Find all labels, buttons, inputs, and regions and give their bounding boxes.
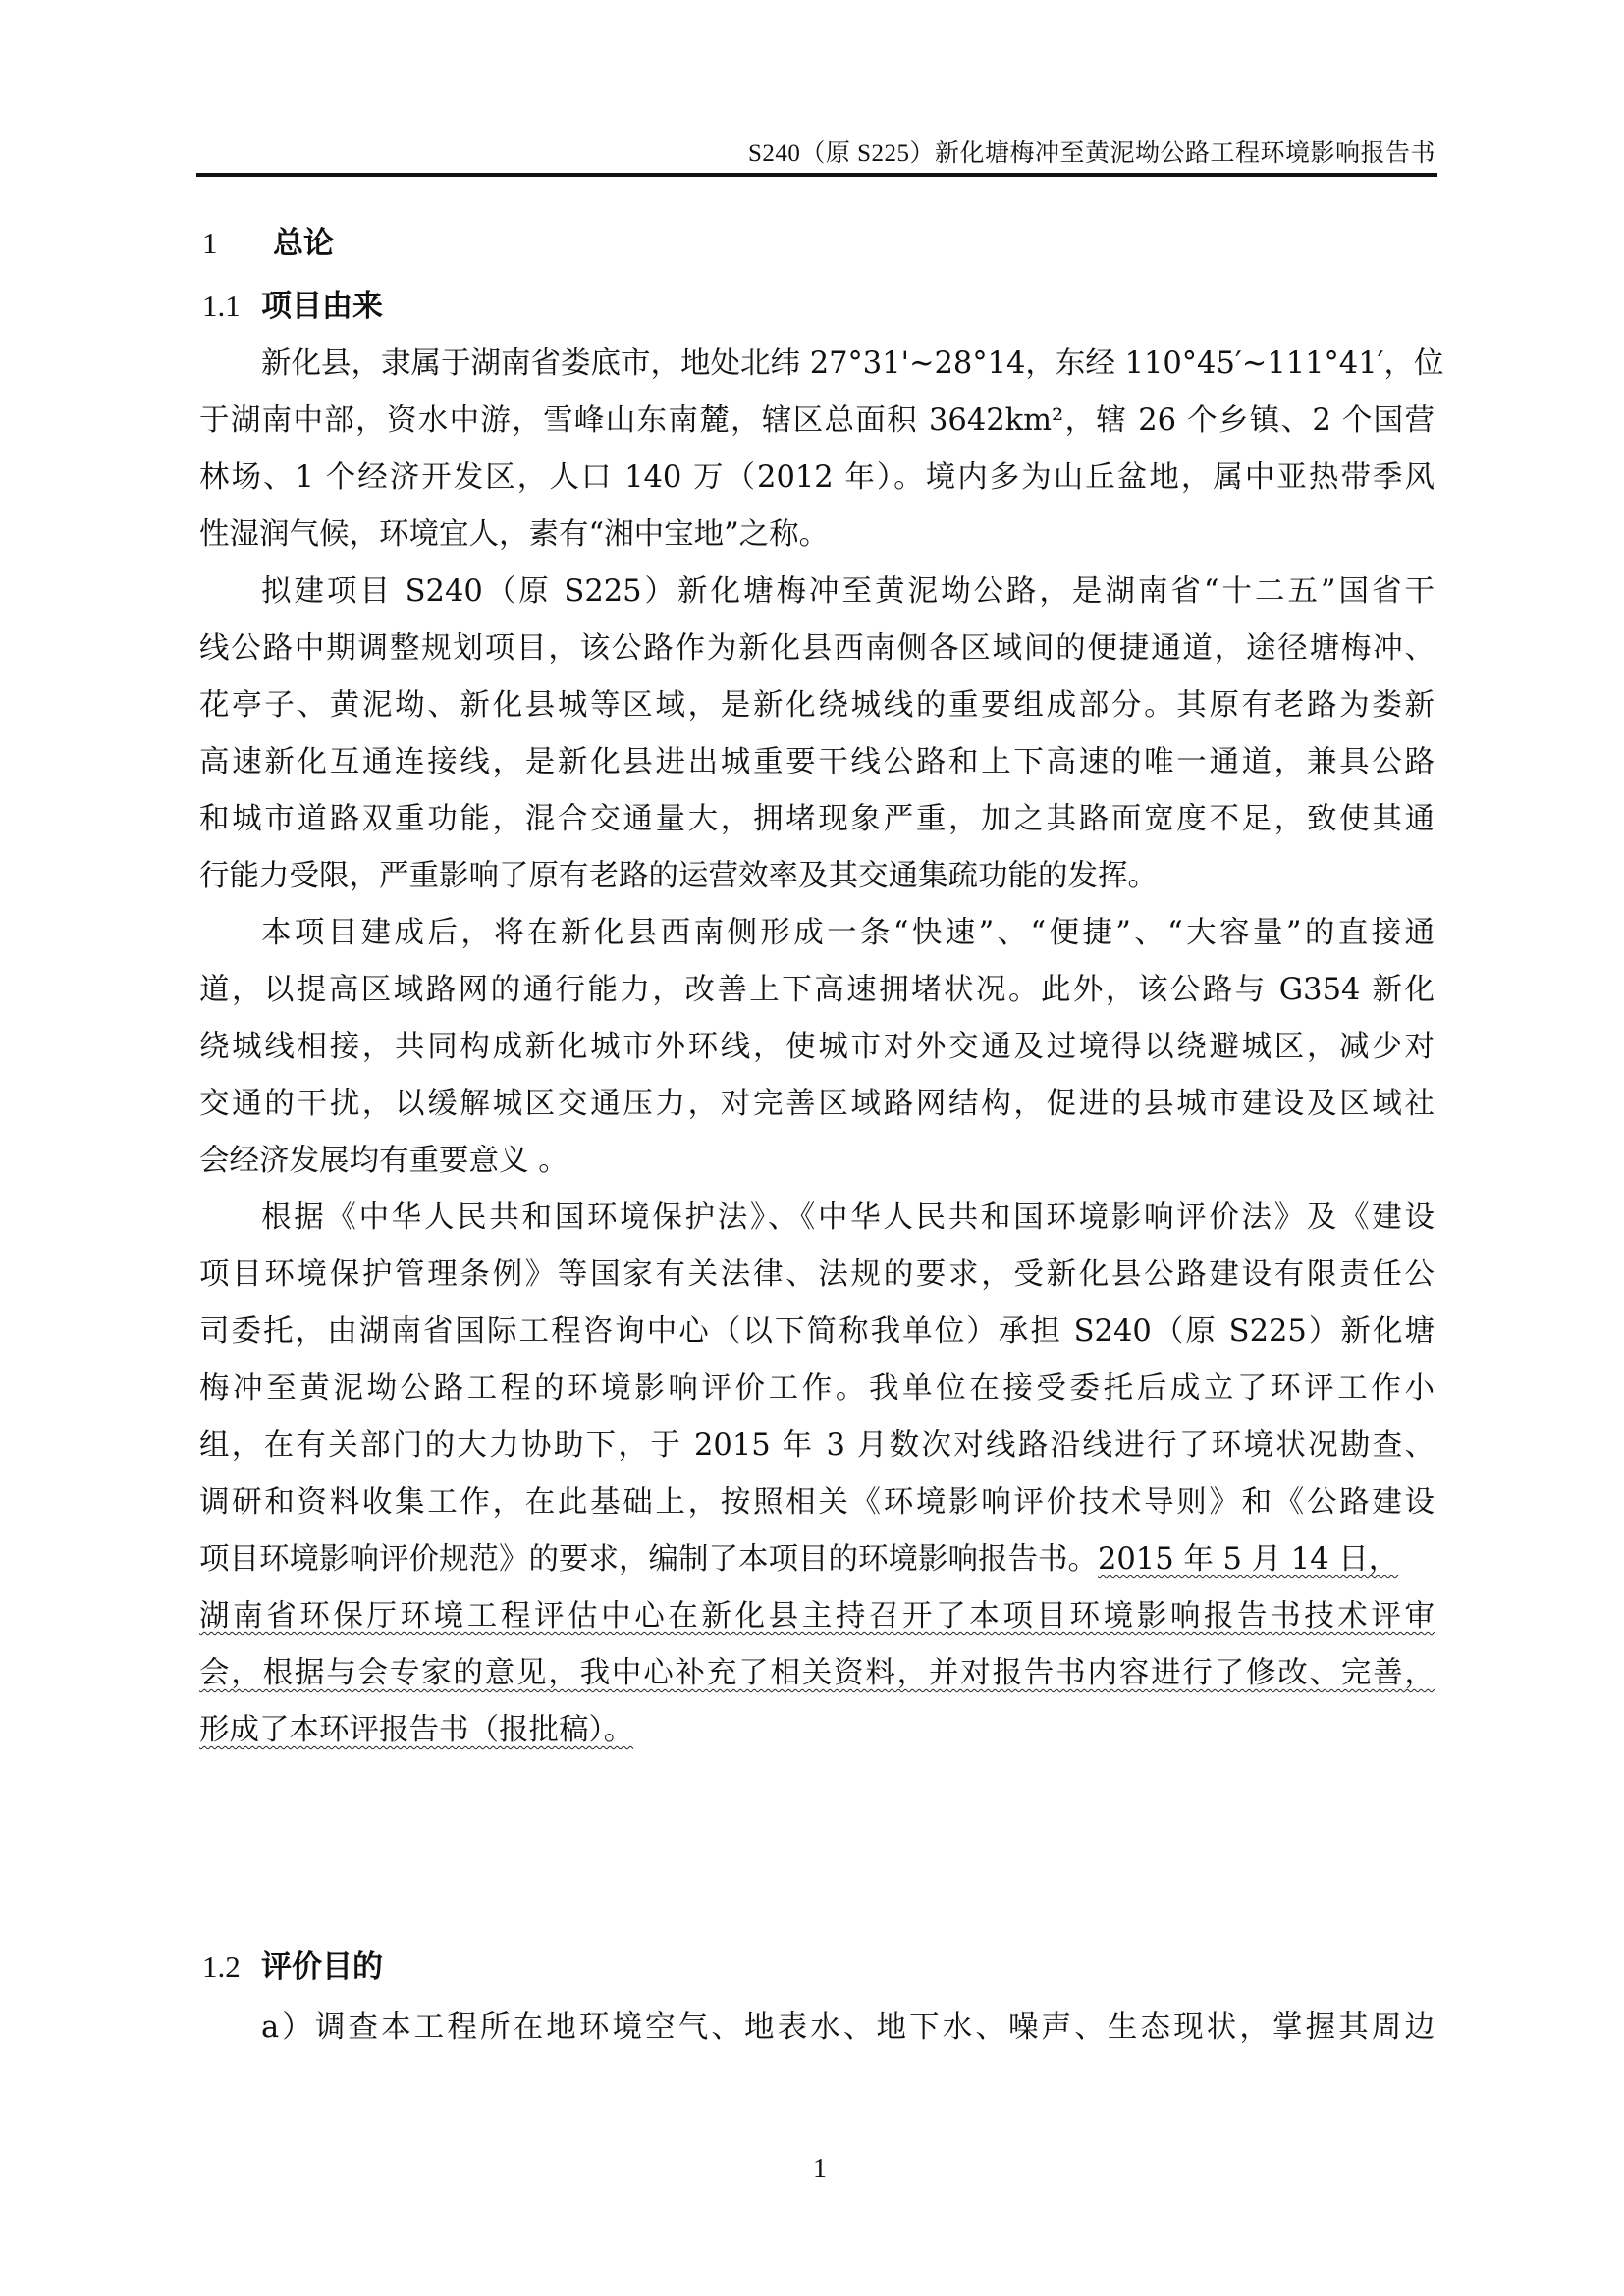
revision-underlined-text: 湖南省环保厅环境工程评估中心在新化县主持召开了本项目环境影响报告书技术评审: [199, 1599, 1435, 1633]
paragraph-line: 交通的干扰，以缓解城区交通压力，对完善区域路网结构，促进的县城市建设及区域社: [199, 1083, 1435, 1126]
paragraph-line: 道，以提高区域路网的通行能力，改善上下高速拥堵状况。此外，该公路与 G354 新…: [199, 969, 1435, 1012]
paragraph-line: 会经济发展均有重要意义 。: [199, 1140, 1435, 1183]
section-number: 1.2: [202, 1949, 261, 1985]
page-number: 1: [813, 2154, 827, 2185]
section-title: 项目由来: [261, 289, 383, 324]
section-number: 1.1: [202, 289, 261, 324]
section-heading-1-1: 1.1项目由来: [202, 281, 383, 325]
revision-underlined-text: 形成了本环评报告书（报批稿）。: [199, 1713, 633, 1747]
section-title: 评价目的: [261, 1949, 383, 1985]
paragraph-line: 根据《中华人民共和国环境保护法》、《中华人民共和国环境影响评价法》及《建设: [261, 1197, 1435, 1240]
paragraph-line: 司委托，由湖南省国际工程咨询中心（以下简称我单位）承担 S240（原 S225）…: [199, 1310, 1435, 1354]
paragraph-line: 花亭子、黄泥坳、新化县城等区域，是新化绕城线的重要组成部分。其原有老路为娄新: [199, 684, 1435, 727]
paragraph-line: 性湿润气候，环境宜人，素有“湘中宝地”之称。: [199, 513, 1435, 557]
paragraph-line: 于湖南中部，资水中游，雪峰山东南麓，辖区总面积 3642km²，辖 26 个乡镇…: [199, 400, 1435, 443]
paragraph-line: 高速新化互通连接线，是新化县进出城重要干线公路和上下高速的唯一通道，兼具公路: [199, 741, 1435, 784]
paragraph-line: 项目环境影响评价规范》的要求，编制了本项目的环境影响报告书。2015 年 5 月…: [199, 1538, 1435, 1581]
paragraph-line: 组，在有关部门的大力协助下，于 2015 年 3 月数次对线路沿线进行了环境状况…: [199, 1424, 1435, 1468]
revision-underlined-text: 会，根据与会专家的意见，我中心补充了相关资料，并对报告书内容进行了修改、完善，: [199, 1656, 1435, 1690]
paragraph-line: 项目环境保护管理条例》等国家有关法律、法规的要求，受新化县公路建设有限责任公: [199, 1254, 1435, 1297]
paragraph-line: 新化县，隶属于湖南省娄底市，地处北纬 27°31'~28°14，东经 110°4…: [261, 343, 1435, 386]
running-header: S240（原 S225）新化塘梅冲至黄泥坳公路工程环境影响报告书: [748, 133, 1435, 169]
revision-underlined-text: 2015 年 5 月 14 日，: [1098, 1542, 1398, 1576]
chapter-heading: 1总论: [202, 218, 334, 262]
paragraph-line: 和城市道路双重功能，混合交通量大，拥堵现象严重，加之其路面宽度不足，致使其通: [199, 798, 1435, 841]
paragraph-line: 线公路中期调整规划项目，该公路作为新化县西南侧各区域间的便捷通道，途径塘梅冲、: [199, 627, 1435, 670]
section-heading-1-2: 1.2评价目的: [202, 1942, 383, 1986]
paragraph-line: 绕城线相接，共同构成新化城市外环线，使城市对外交通及过境得以绕避城区，减少对: [199, 1026, 1435, 1069]
chapter-number: 1: [202, 226, 273, 261]
paragraph-text: 项目环境影响评价规范》的要求，编制了本项目的环境影响报告书。: [199, 1542, 1098, 1576]
list-item-a: a）调查本工程所在地环境空气、地表水、地下水、噪声、生态现状，掌握其周边: [261, 2006, 1435, 2050]
paragraph-line: 本项目建成后，将在新化县西南侧形成一条“快速”、“便捷”、“大容量”的直接通: [261, 912, 1435, 955]
paragraph-line: 湖南省环保厅环境工程评估中心在新化县主持召开了本项目环境影响报告书技术评审: [199, 1595, 1435, 1638]
paragraph-line: 梅冲至黄泥坳公路工程的环境影响评价工作。我单位在接受委托后成立了环评工作小: [199, 1367, 1435, 1411]
paragraph-line: 调研和资料收集工作，在此基础上，按照相关《环境影响评价技术导则》和《公路建设: [199, 1481, 1435, 1524]
chapter-title: 总论: [273, 226, 334, 261]
header-rule: [196, 173, 1437, 177]
paragraph-line: 林场、1 个经济开发区，人口 140 万（2012 年）。境内多为山丘盆地，属中…: [199, 456, 1435, 500]
paragraph-line: 会，根据与会专家的意见，我中心补充了相关资料，并对报告书内容进行了修改、完善，: [199, 1652, 1435, 1695]
paragraph-line: 行能力受限，严重影响了原有老路的运营效率及其交通集疏功能的发挥。: [199, 855, 1435, 898]
paragraph-line: 形成了本环评报告书（报批稿）。: [199, 1709, 1435, 1752]
paragraph-line: 拟建项目 S240（原 S225）新化塘梅冲至黄泥坳公路，是湖南省“十二五”国省…: [261, 570, 1435, 614]
